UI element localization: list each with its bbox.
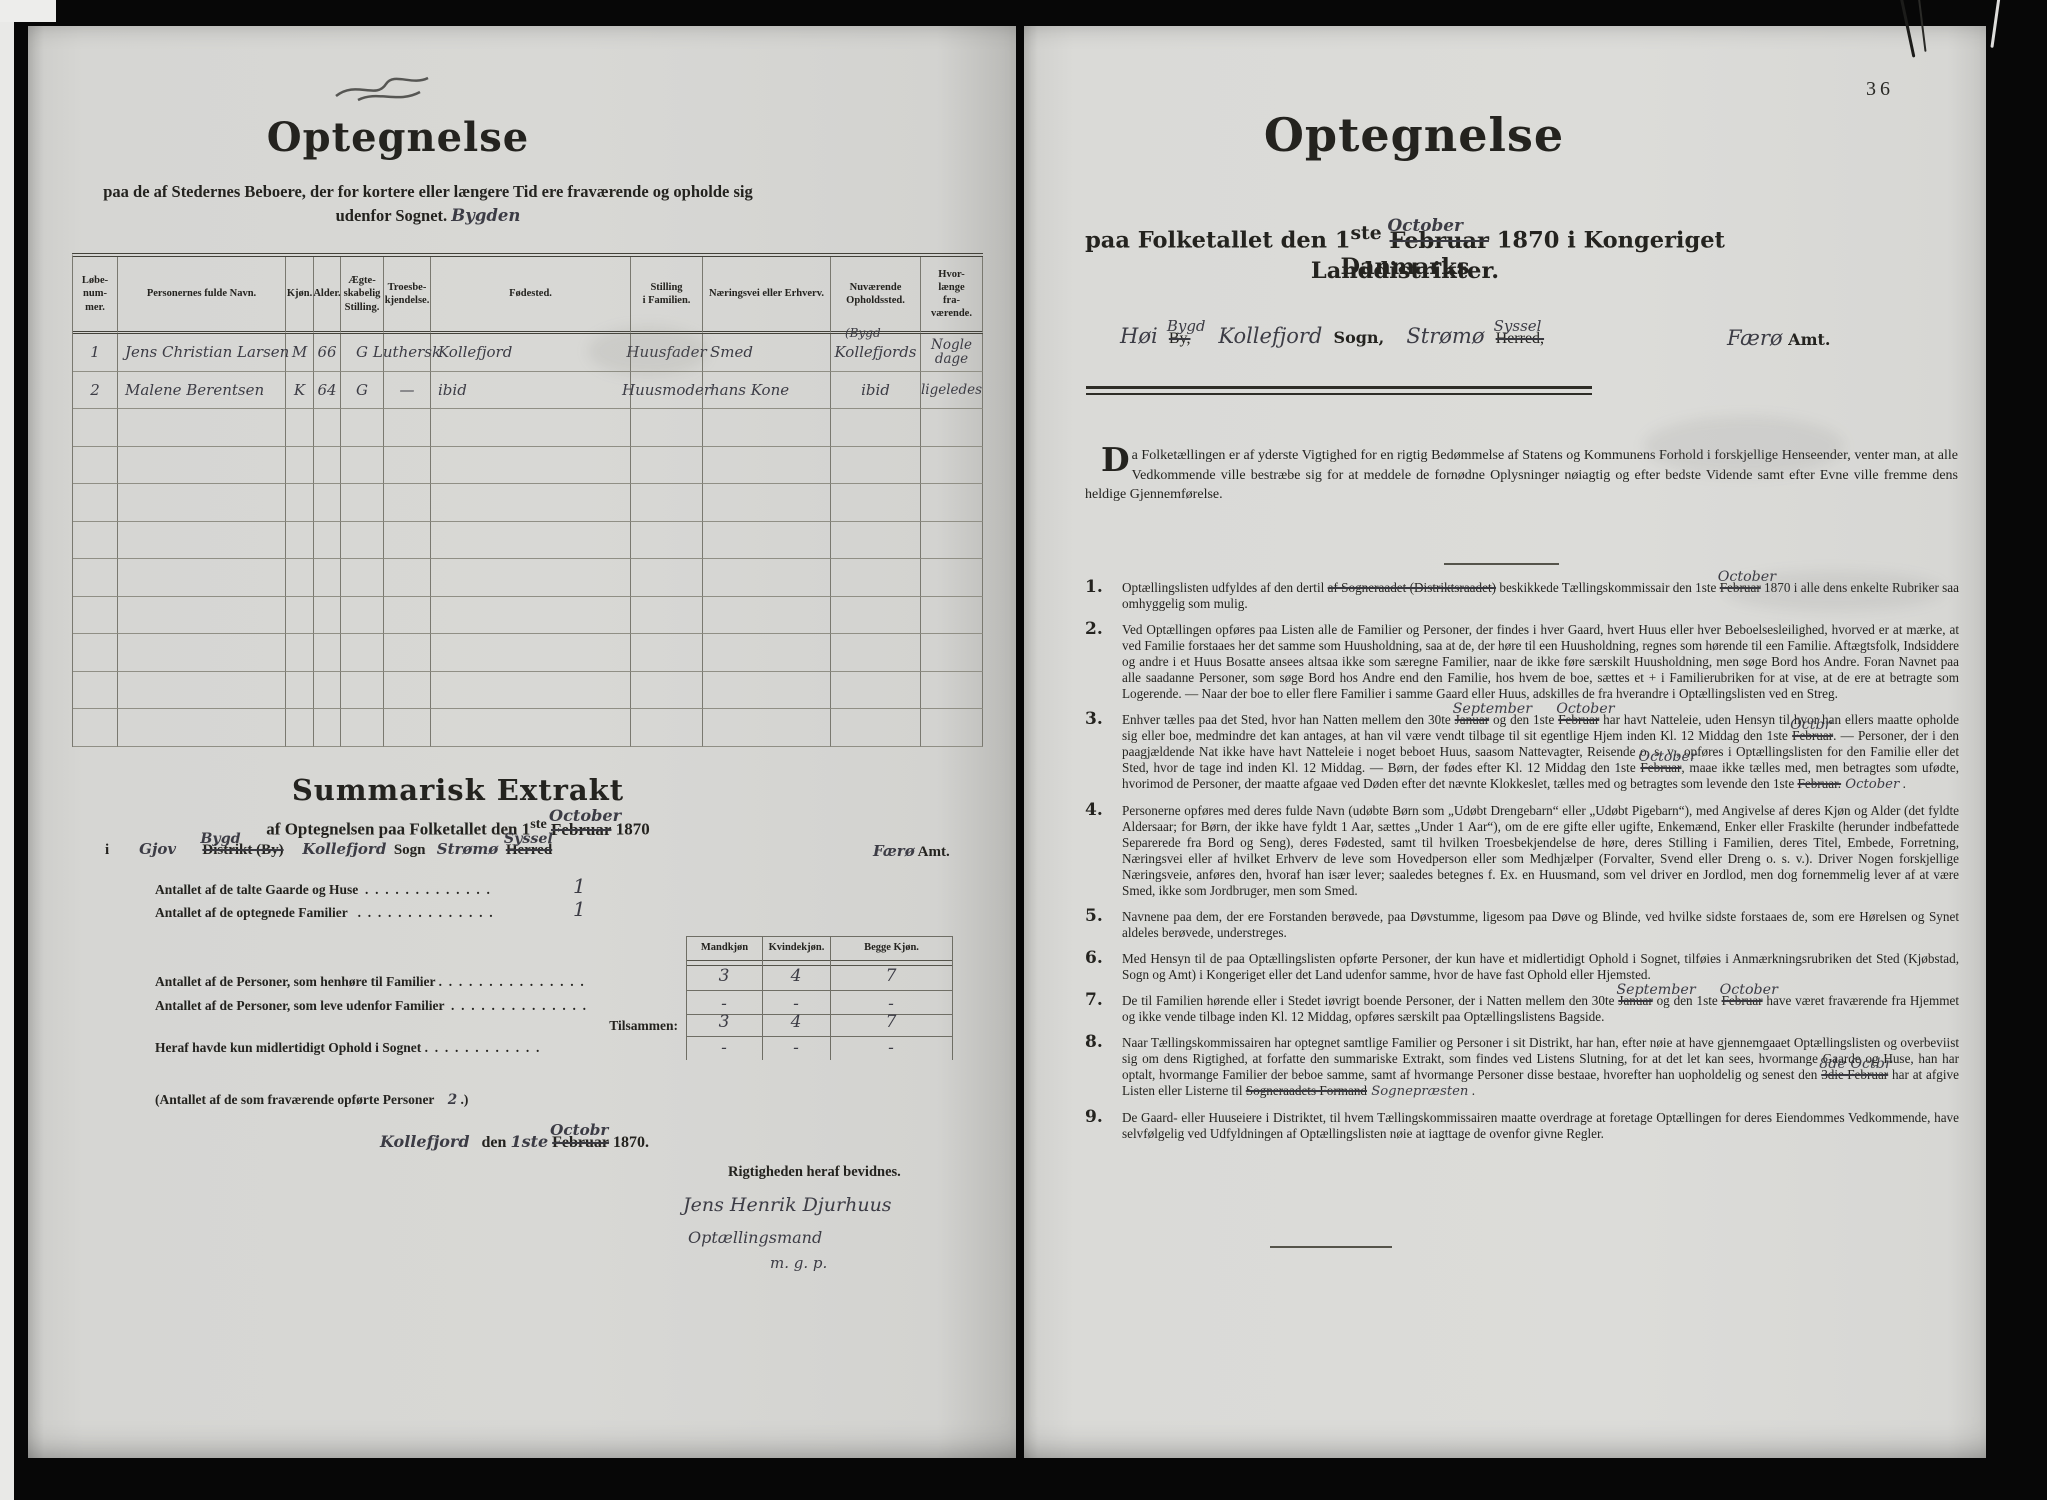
empty-cell <box>384 672 431 710</box>
empty-cell <box>286 522 314 560</box>
instruction-number: 9. <box>1085 1110 1122 1142</box>
empty-cell <box>73 672 118 710</box>
empty-cell <box>384 559 431 597</box>
empty-cell <box>314 409 341 447</box>
empty-cell <box>286 484 314 522</box>
table-row-cell: Nogle dage <box>921 334 983 372</box>
empty-cell <box>73 522 118 560</box>
total-female: 4 <box>766 1012 826 1032</box>
empty-cell <box>341 709 384 747</box>
empty-cell <box>314 484 341 522</box>
ink-smudge <box>328 60 438 106</box>
value-both: - <box>858 994 924 1014</box>
empty-cell <box>286 447 314 485</box>
empty-cell <box>921 597 983 635</box>
empty-cell <box>431 409 631 447</box>
table-row-cell: Jens Christian Larsen <box>118 334 286 372</box>
empty-cell <box>341 559 384 597</box>
table-row-cell: 1 <box>73 334 118 372</box>
empty-cell <box>73 559 118 597</box>
empty-cell <box>314 634 341 672</box>
empty-cell <box>384 709 431 747</box>
empty-cell <box>314 522 341 560</box>
empty-cell <box>921 559 983 597</box>
empty-cell <box>921 484 983 522</box>
empty-cell <box>431 559 631 597</box>
mini-table-line <box>686 990 952 991</box>
date-line: Kollefjord den 1ste FebruarOctobr 1870. <box>380 1132 649 1152</box>
count-families-label: Antallet af de optegnede Familier . . . … <box>155 905 493 921</box>
table-row-cell: Huusmoder <box>631 372 703 410</box>
residence-annotation: (Bygd <box>845 326 881 340</box>
empty-cell <box>431 672 631 710</box>
instruction-number: 8. <box>1085 1035 1122 1100</box>
header-cell: Stilling i Familien. <box>631 257 703 334</box>
empty-cell <box>703 559 831 597</box>
scan-left-edge <box>0 0 14 1500</box>
table-row-cell: K <box>286 372 314 410</box>
empty-cell <box>631 522 703 560</box>
empty-cell <box>831 634 921 672</box>
empty-cell <box>631 559 703 597</box>
empty-cell <box>118 709 286 747</box>
header-cell: Fødested. <box>431 257 631 334</box>
instruction-text: De Gaard- eller Huuseiere i Distriktet, … <box>1122 1110 1959 1142</box>
left-page: Optegnelse paa de af Stedernes Beboere, … <box>28 26 1016 1458</box>
value-female: 4 <box>766 966 826 986</box>
empty-cell <box>921 672 983 710</box>
empty-cell <box>431 522 631 560</box>
mini-table-line <box>686 936 687 1060</box>
mini-table-line <box>762 936 763 1060</box>
instruction-number: 6. <box>1085 951 1122 983</box>
mini-header-female: Kvindekjøn. <box>763 942 830 953</box>
empty-cell <box>286 709 314 747</box>
table-row-cell: 2 <box>73 372 118 410</box>
extract-subtitle: af Optegnelsen paa Folketallet den 1ste … <box>178 816 738 840</box>
empty-cell <box>73 634 118 672</box>
total-male: 3 <box>694 1012 754 1032</box>
total-both: 7 <box>858 1012 924 1032</box>
empty-cell <box>384 522 431 560</box>
signature-title: Optællingsmand <box>688 1228 822 1247</box>
absent-persons-line: (Antallet af de som fraværende opførte P… <box>155 1092 468 1108</box>
empty-cell <box>831 522 921 560</box>
empty-cell <box>631 709 703 747</box>
empty-cell <box>384 597 431 635</box>
empty-cell <box>631 409 703 447</box>
empty-cell <box>703 447 831 485</box>
empty-cell <box>631 672 703 710</box>
divider-double-rule <box>1086 386 1592 395</box>
extract-title: Summarisk Extrakt <box>178 773 738 807</box>
empty-cell <box>431 484 631 522</box>
empty-cell <box>703 597 831 635</box>
place-amt: Færø Amt. <box>1727 326 1830 350</box>
mini-table-line <box>830 936 831 1060</box>
table-row-cell: M <box>286 334 314 372</box>
empty-cell <box>921 634 983 672</box>
mini-table-line <box>686 1036 952 1037</box>
instruction-number: 4. <box>1085 803 1122 899</box>
bottom-rule <box>1270 1246 1392 1248</box>
empty-cell <box>703 522 831 560</box>
empty-cell <box>384 634 431 672</box>
empty-cell <box>286 559 314 597</box>
empty-cell <box>73 447 118 485</box>
empty-cell <box>314 709 341 747</box>
count-farms-value: 1 <box>573 874 586 898</box>
empty-cell <box>286 672 314 710</box>
empty-cell <box>384 447 431 485</box>
signature-name: Jens Henrik Djurhuus <box>683 1194 892 1216</box>
empty-cell <box>341 597 384 635</box>
header-cell: Troesbe- kjendelse. <box>384 257 431 334</box>
signature-note: m. g. p. <box>770 1254 827 1272</box>
empty-cell <box>921 447 983 485</box>
table-row-cell: 66 <box>314 334 341 372</box>
table-row-cell: (Bygd Kollefjords <box>831 334 921 372</box>
empty-cell <box>341 447 384 485</box>
header-cell: Nuværende Opholdssted. <box>831 257 921 334</box>
table-row-cell: ibid <box>431 372 631 410</box>
instructions-list: 1.Optællingslisten udfyldes af den derti… <box>1085 580 1959 1152</box>
table-row-cell: Luthersk <box>384 334 431 372</box>
mini-table-line <box>686 936 952 937</box>
header-cell: Kjøn. <box>286 257 314 334</box>
empty-cell <box>831 597 921 635</box>
place-line: Høi By,Bygd Kollefjord Sogn, Strømø Herr… <box>1120 324 1544 348</box>
instruction-text: Ved Optællingen opføres paa Listen alle … <box>1122 622 1959 702</box>
residence-value: Kollefjords <box>834 343 916 361</box>
empty-cell <box>314 447 341 485</box>
divider-small-rule <box>1444 563 1559 565</box>
empty-cell <box>73 409 118 447</box>
right-subtitle-line2: Landdistrikter. <box>1024 258 1786 284</box>
empty-cell <box>118 672 286 710</box>
scan-corner <box>0 0 56 22</box>
extract-amt: Færø Amt. <box>873 842 950 861</box>
mini-header-male: Mandkjøn <box>687 942 762 953</box>
instruction-item: 3.Enhver tælles paa det Sted, hvor han N… <box>1085 712 1959 793</box>
empty-cell <box>314 559 341 597</box>
table-row-cell: Smed <box>703 334 831 372</box>
empty-cell <box>286 634 314 672</box>
empty-cell <box>703 672 831 710</box>
instruction-number: 7. <box>1085 993 1122 1025</box>
empty-cell <box>118 409 286 447</box>
empty-cell <box>921 409 983 447</box>
empty-cell <box>314 597 341 635</box>
instruction-item: 2.Ved Optællingen opføres paa Listen all… <box>1085 622 1959 702</box>
empty-cell <box>73 484 118 522</box>
instruction-text: Med Hensyn til de paa Optællingslisten o… <box>1122 951 1959 983</box>
census-table: Løbe- num- mer. Personernes fulde Navn. … <box>72 253 983 747</box>
table-row-cell: hans Kone <box>703 372 831 410</box>
paper-stain <box>1724 571 1944 611</box>
header-cell: Ægte- skabelig Stilling. <box>341 257 384 334</box>
empty-cell <box>921 522 983 560</box>
empty-cell <box>831 559 921 597</box>
empty-cell <box>118 522 286 560</box>
empty-cell <box>831 484 921 522</box>
empty-cell <box>631 484 703 522</box>
empty-cell <box>314 672 341 710</box>
empty-cell <box>341 522 384 560</box>
mini-table-line <box>952 936 953 1060</box>
empty-cell <box>73 597 118 635</box>
empty-cell <box>703 409 831 447</box>
instruction-number: 2. <box>1085 622 1122 702</box>
header-cell: Løbe- num- mer. <box>73 257 118 334</box>
empty-cell <box>341 672 384 710</box>
persons-in-families-label: Antallet af de Personer, som henhøre til… <box>155 974 584 990</box>
empty-cell <box>921 709 983 747</box>
count-farms-label: Antallet af de talte Gaarde og Huse . . … <box>155 882 490 898</box>
instruction-number: 1. <box>1085 580 1122 612</box>
instruction-item: 5.Navnene paa dem, der ere Forstanden be… <box>1085 909 1959 941</box>
book-scan: Optegnelse paa de af Stedernes Beboere, … <box>0 0 2047 1500</box>
header-cell: Alder. <box>314 257 341 334</box>
mini-header-both: Begge Kjøn. <box>831 942 952 953</box>
value-male: - <box>694 1038 754 1058</box>
table-row-cell: G <box>341 372 384 410</box>
instruction-text: Naar Tællingskommissairen har optegnet s… <box>1122 1035 1959 1100</box>
left-page-title: Optegnelse <box>148 114 648 161</box>
empty-cell <box>831 672 921 710</box>
instruction-number: 5. <box>1085 909 1122 941</box>
total-label: Tilsammen: <box>428 1018 678 1034</box>
empty-cell <box>341 409 384 447</box>
header-cell: Hvor- længe fra- værende. <box>921 257 983 334</box>
table-row-cell: ibid <box>831 372 921 410</box>
header-cell: Næringsvei eller Erhverv. <box>703 257 831 334</box>
empty-cell <box>703 634 831 672</box>
empty-cell <box>118 559 286 597</box>
empty-cell <box>431 709 631 747</box>
value-female: - <box>766 1038 826 1058</box>
empty-cell <box>118 634 286 672</box>
empty-cell <box>703 484 831 522</box>
empty-cell <box>286 597 314 635</box>
empty-cell <box>631 597 703 635</box>
empty-cell <box>703 709 831 747</box>
table-row-cell: — <box>384 372 431 410</box>
empty-cell <box>118 597 286 635</box>
table-row-cell: Malene Berentsen <box>118 372 286 410</box>
instruction-item: 9.De Gaard- eller Huuseiere i Distriktet… <box>1085 1110 1959 1142</box>
value-both: 7 <box>858 966 924 986</box>
instruction-text: De til Familien hørende eller i Stedet i… <box>1122 993 1959 1025</box>
temporary-stay-label: Heraf havde kun midlertidigt Ophold i So… <box>155 1040 539 1056</box>
empty-cell <box>384 484 431 522</box>
empty-cell <box>831 709 921 747</box>
empty-cell <box>431 597 631 635</box>
empty-cell <box>341 634 384 672</box>
header-cell: Personernes fulde Navn. <box>118 257 286 334</box>
empty-cell <box>831 447 921 485</box>
empty-cell <box>431 447 631 485</box>
empty-cell <box>431 634 631 672</box>
paper-stain <box>588 326 708 376</box>
instruction-text: Personerne opføres med deres fulde Navn … <box>1122 803 1959 899</box>
value-both: - <box>858 1038 924 1058</box>
empty-cell <box>118 484 286 522</box>
value-male: - <box>694 994 754 1014</box>
extract-district-line: i Gjov Distrikt (By)Bygd Kollefjord Sogn… <box>105 840 552 859</box>
left-subtitle-line1: paa de af Stedernes Beboere, der for kor… <box>88 182 768 202</box>
value-male: 3 <box>694 966 754 986</box>
instruction-item: 8.Naar Tællingskommissairen har optegnet… <box>1085 1035 1959 1100</box>
empty-cell <box>384 409 431 447</box>
empty-cell <box>831 409 921 447</box>
count-families-value: 1 <box>573 897 586 921</box>
paper-stain <box>1644 416 1844 476</box>
empty-cell <box>73 709 118 747</box>
instruction-text: Navnene paa dem, der ere Forstanden berø… <box>1122 909 1959 941</box>
attestation-label: Rigtigheden heraf bevidnes. <box>728 1164 901 1181</box>
instruction-item: 4.Personerne opføres med deres fulde Nav… <box>1085 803 1959 899</box>
empty-cell <box>631 447 703 485</box>
right-page: 36 Optegnelse paa Folketallet den 1ste F… <box>1024 26 1986 1458</box>
left-subtitle-line2: udenfor Sognet. Bygden <box>88 206 768 226</box>
empty-cell <box>631 634 703 672</box>
persons-outside-families-label: Antallet af de Personer, som leve udenfo… <box>155 998 586 1014</box>
empty-cell <box>341 484 384 522</box>
instruction-number: 3. <box>1085 712 1122 793</box>
right-page-title: Optegnelse <box>1114 108 1714 162</box>
instruction-item: 7.De til Familien hørende eller i Stedet… <box>1085 993 1959 1025</box>
table-row-cell: ligeledes <box>921 372 983 410</box>
pen-stroke <box>1990 0 2000 48</box>
instruction-item: 6.Med Hensyn til de paa Optællingslisten… <box>1085 951 1959 983</box>
empty-cell <box>118 447 286 485</box>
instruction-text: Enhver tælles paa det Sted, hvor han Nat… <box>1122 712 1959 793</box>
table-row-cell: 64 <box>314 372 341 410</box>
value-female: - <box>766 994 826 1014</box>
empty-cell <box>286 409 314 447</box>
page-number: 36 <box>1866 78 1894 101</box>
